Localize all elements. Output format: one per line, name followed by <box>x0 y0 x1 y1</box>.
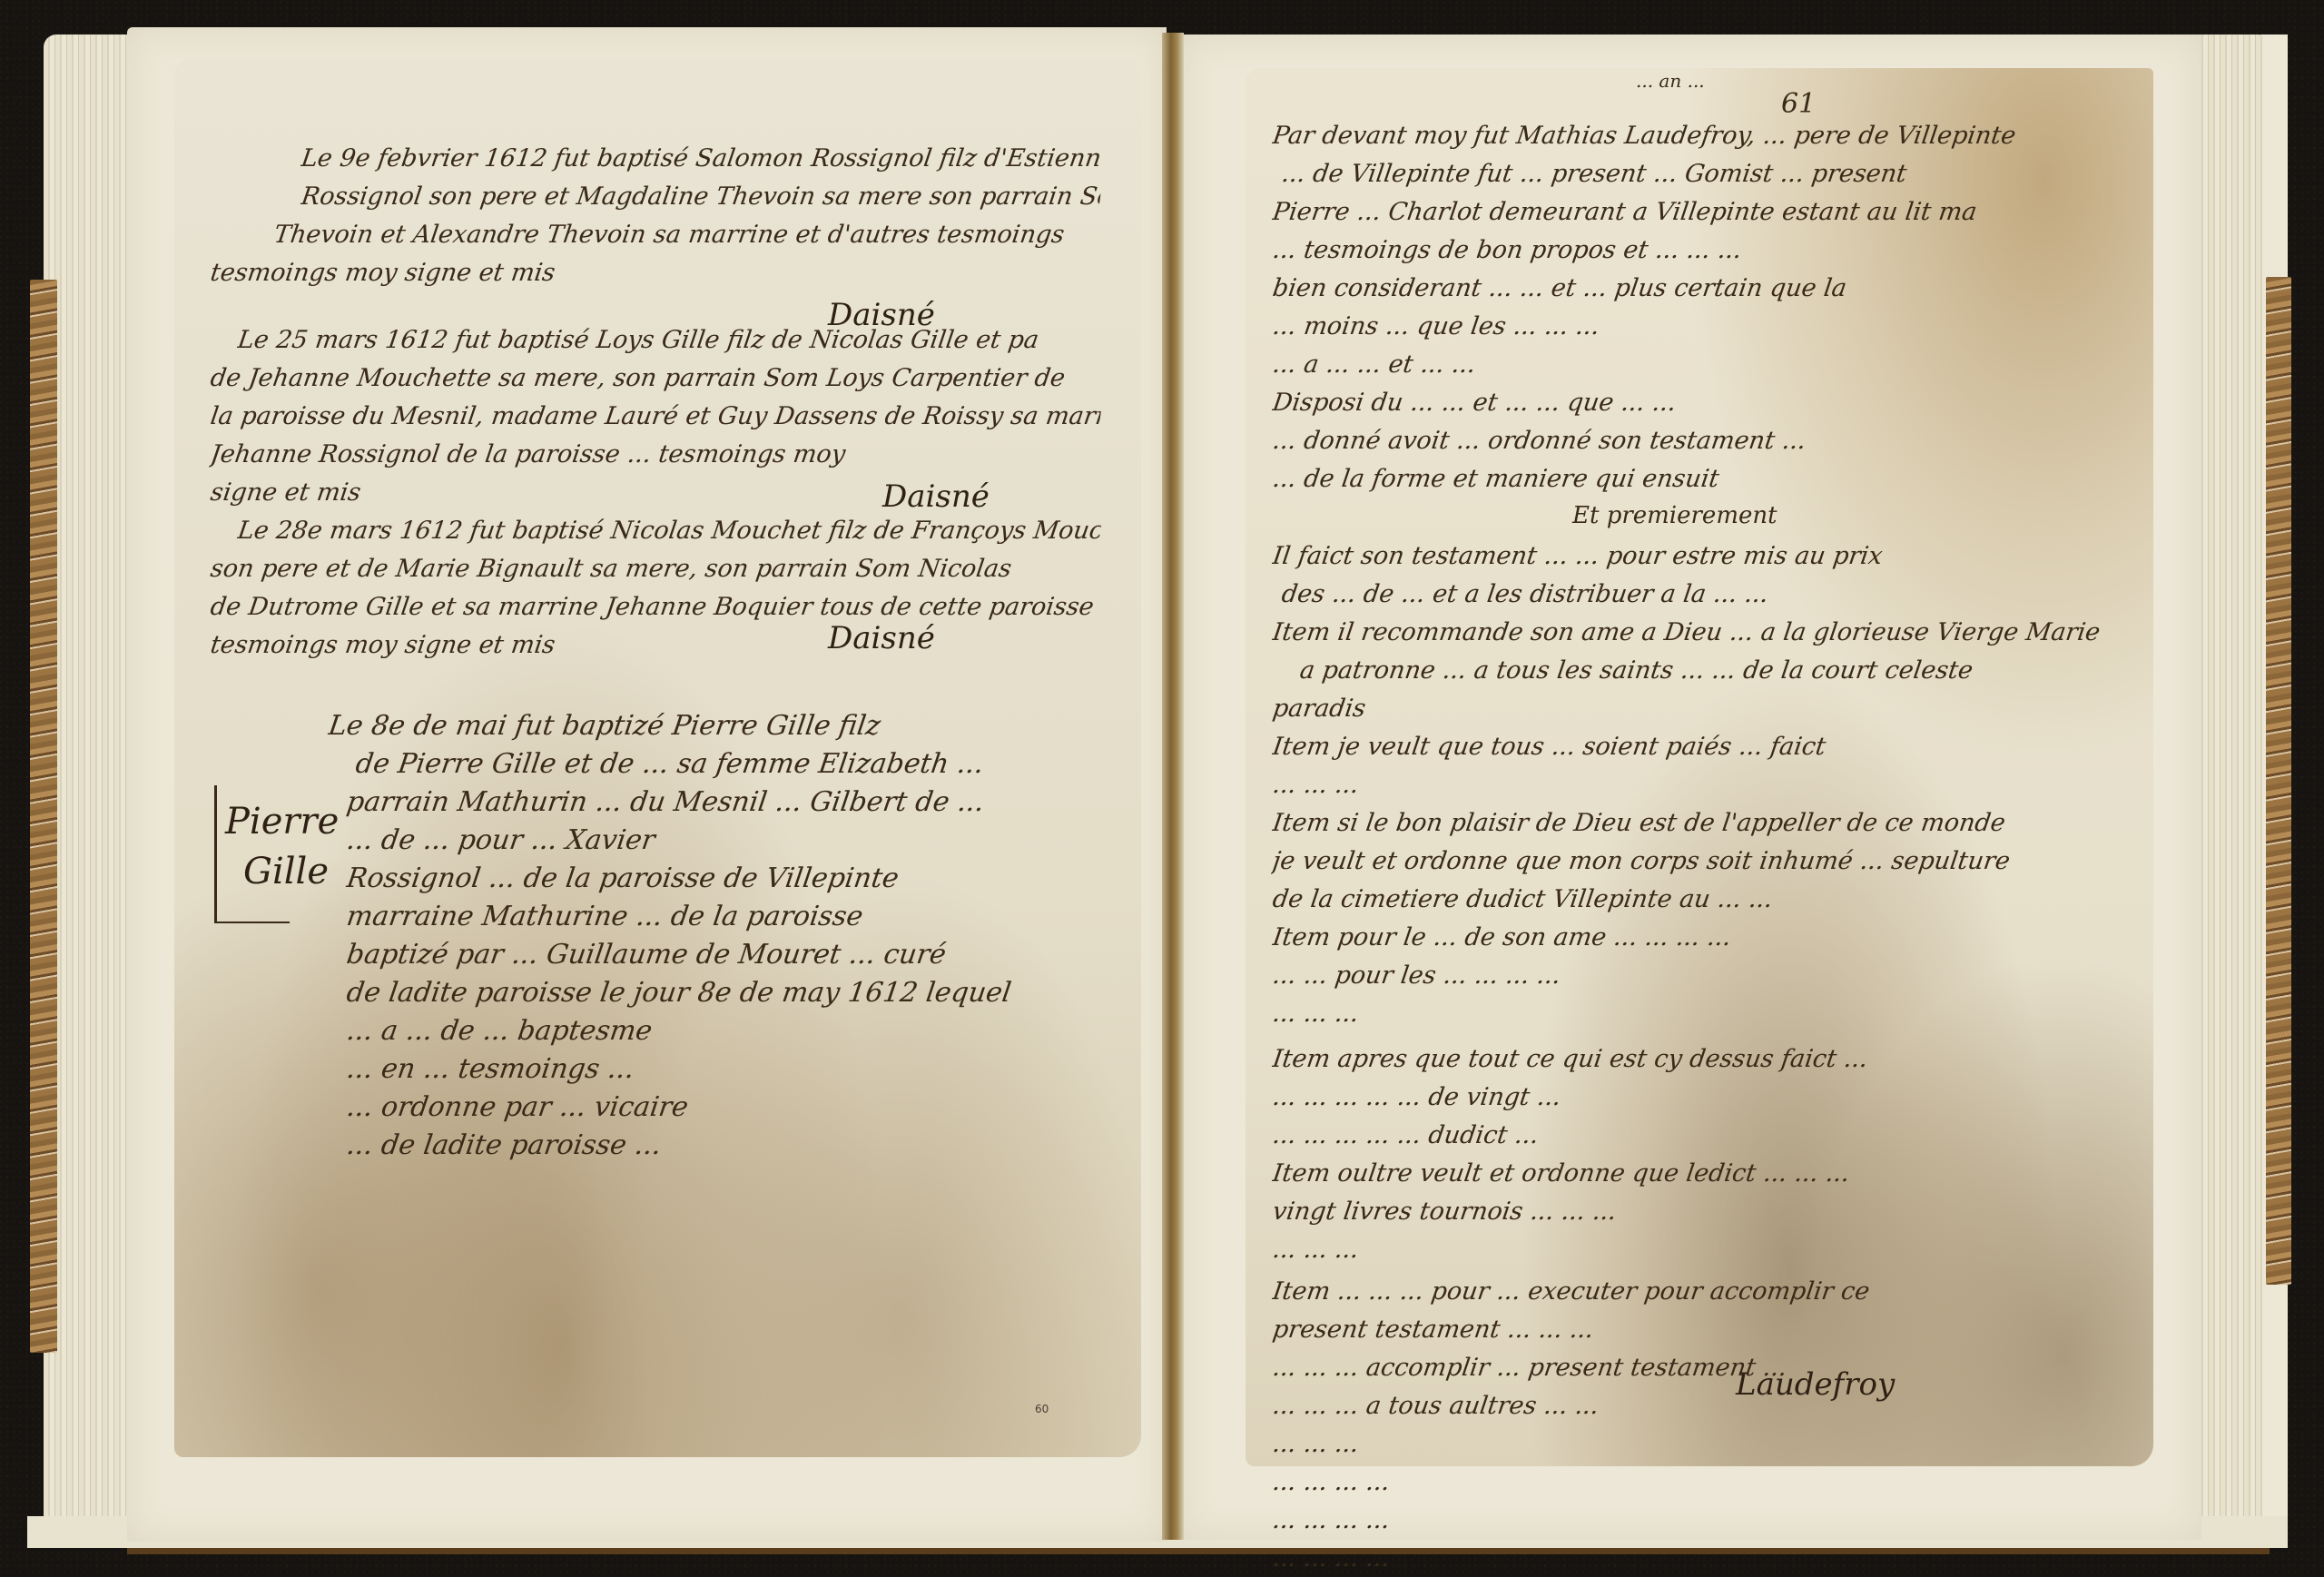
text-line: ... ... ... accomplir ... present testam… <box>1270 1350 2129 1386</box>
entry-line: signe et mis <box>208 475 486 511</box>
text-line: Item si le bon plaisir de Dieu est de l'… <box>1270 805 2129 842</box>
folio-number: 61 <box>1781 88 1816 120</box>
text-line: a patronne ... a tous les saints ... ...… <box>1297 653 2129 689</box>
text-line: je veult et ordonne que mon corps soit i… <box>1270 843 2129 880</box>
entry-line: de Jehanne Mouchette sa mere, son parrai… <box>208 360 1103 397</box>
text-line: Item apres que tout ce qui est cy dessus… <box>1270 1041 2129 1078</box>
text-line: ... ... ... ... <box>1270 1464 2129 1501</box>
text-line: ... ... ... <box>1270 767 1475 803</box>
entry-line: ... ordonne par ... vicaire <box>344 1089 1085 1126</box>
entry-line: tesmoings moy signe et mis <box>208 255 595 291</box>
entry-line: tesmoings moy signe et mis <box>208 627 722 664</box>
text-line: Item oultre veult et ordonne que ledict … <box>1270 1156 2129 1192</box>
text-line: de la cimetiere dudict Villepinte au ...… <box>1270 882 2129 918</box>
text-line: ... donné avoit ... ordonné son testamen… <box>1270 423 2129 459</box>
text-line: Item ... ... ... pour ... executer pour … <box>1270 1274 2129 1310</box>
text-line: ... ... ... <box>1270 1232 1639 1268</box>
entry-line: baptizé par ... Guillaume de Mouret ... … <box>344 937 1085 973</box>
right-marbled-cover-edge <box>2266 277 2291 1285</box>
text-line: Par devant moy fut Mathias Laudefroy, ..… <box>1270 118 2129 154</box>
entry-line: ... de ... pour ... Xavier <box>344 823 1085 859</box>
text-line: Disposi du ... ... et ... ... que ... ..… <box>1270 385 2129 421</box>
entry-line: Le 28e mars 1612 fut baptisé Nicolas Mou… <box>235 513 1103 549</box>
text-line: Item il recommande son ame a Dieu ... a … <box>1270 615 2129 651</box>
signature: Daisné <box>882 478 990 515</box>
text-line: Item je veult que tous ... soient paiés … <box>1270 729 2129 765</box>
text-line: paradis <box>1270 691 1457 727</box>
book-gutter <box>1162 33 1184 1540</box>
left-marbled-cover-edge <box>30 280 57 1353</box>
section-heading: Et premierement <box>1572 502 1777 529</box>
text-line: ... ... ... ... ... de vingt ... <box>1270 1079 2129 1116</box>
entry-line: ... en ... tesmoings ... <box>344 1051 1085 1088</box>
text-line: ... ... ... <box>1270 996 1639 1032</box>
text-line: ... ... ... ... ... dudict ... <box>1270 1118 2129 1154</box>
entry-line: Thevoin et Alexandre Thevoin sa marrine … <box>271 217 1112 253</box>
entry-line: la paroisse du Mesnil, madame Lauré et G… <box>208 399 1103 435</box>
printed-page-number: 60 <box>1035 1403 1049 1415</box>
entry-line: Le 9e febvrier 1612 fut baptisé Salomon … <box>299 141 1103 177</box>
entry-line: son pere et de Marie Bignault sa mere, s… <box>208 551 1103 587</box>
text-line: vingt livres tournois ... ... ... <box>1270 1194 2129 1230</box>
right-manuscript-leaf: ... an ... 61 Par devant moy fut Mathias… <box>1246 68 2153 1466</box>
entry-line: parrain Mathurin ... du Mesnil ... Gilbe… <box>344 784 1085 821</box>
text-line: ... ... pour les ... ... ... ... <box>1270 958 2129 994</box>
page-header-note: ... an ... <box>1636 70 1705 92</box>
right-page-block-edge <box>2197 34 2262 1523</box>
text-line: ... de Villepinte fut ... present ... Go… <box>1279 156 2129 192</box>
entry-line: Rossignol son pere et Magdaline Thevoin … <box>299 179 1103 215</box>
entry-line: marraine Mathurine ... de la paroisse <box>344 899 1085 935</box>
text-line: Pierre ... Charlot demeurant a Villepint… <box>1270 194 2129 231</box>
entry-line: de Pierre Gille et de ... sa femme Eliza… <box>353 746 1085 783</box>
margin-note-first: Pierre <box>225 794 339 849</box>
entry-line: Le 25 mars 1612 fut baptisé Loys Gille f… <box>235 322 1103 359</box>
entry-line: de ladite paroisse le jour 8e de may 161… <box>344 975 1085 1011</box>
signature: Daisné <box>828 620 935 656</box>
text-line: des ... de ... et a les distribuer a la … <box>1279 577 2129 613</box>
entry-line: de Dutrome Gille et sa marrine Jehanne B… <box>208 589 1103 626</box>
text-line: ... tesmoings de bon propos et ... ... .… <box>1270 232 2129 269</box>
text-line: ... de la forme et maniere qui ensuit <box>1270 461 1838 498</box>
text-line: present testament ... ... ... <box>1270 1312 2129 1348</box>
text-line: Il faict son testament ... ... pour estr… <box>1270 538 2129 575</box>
entry-line: Jehanne Rossignol de la paroisse ... tes… <box>208 437 1103 473</box>
entry-line: Rossignol ... de la paroisse de Villepin… <box>344 861 1085 897</box>
text-line: ... a ... ... et ... ... <box>1270 347 2129 383</box>
entry-line: Le 8e de mai fut baptizé Pierre Gille fi… <box>326 708 1039 744</box>
text-line: ... ... ... a tous aultres ... ... <box>1270 1388 2129 1424</box>
margin-note-last: Gille <box>243 844 329 899</box>
text-line: ... ... ... ... <box>1270 1503 2129 1539</box>
text-line: ... ... ... ... <box>1270 1541 2129 1577</box>
entry-line: ... a ... de ... baptesme <box>344 1013 1085 1050</box>
text-line: ... moins ... que les ... ... ... <box>1270 309 2129 345</box>
text-line: ... ... ... <box>1270 1426 2129 1463</box>
text-line: Item pour le ... de son ame ... ... ... … <box>1270 920 2129 956</box>
left-manuscript-leaf: Le 9e febvrier 1612 fut baptisé Salomon … <box>174 59 1141 1457</box>
testator-signature: Laudefroy <box>1736 1366 1895 1403</box>
text-line: bien considerant ... ... et ... plus cer… <box>1270 271 2129 307</box>
entry-line: ... de ladite paroisse ... <box>344 1128 876 1164</box>
